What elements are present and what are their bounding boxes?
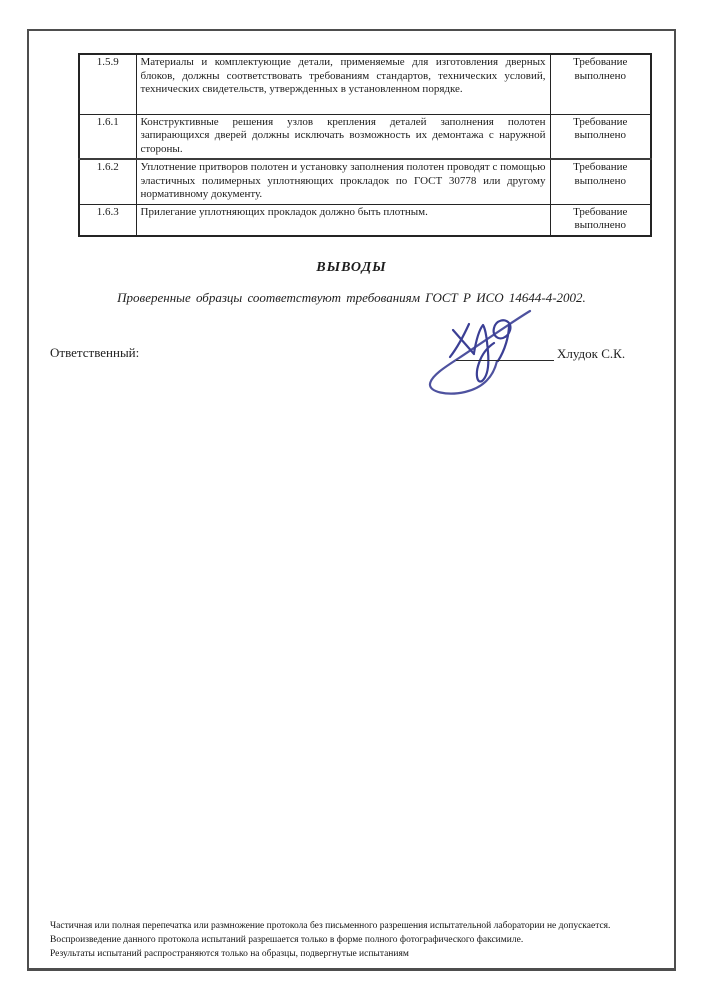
conclusions-heading: ВЫВОДЫ [27, 260, 676, 276]
signature-mid-letters [474, 325, 494, 382]
table-row: 1.6.2 Уплотнение притворов полотен и уст… [79, 159, 651, 204]
row-number-cell: 1.5.9 [79, 54, 136, 114]
signatory-name: Хлудок С.К. [557, 346, 625, 362]
result-cell: Требование выполнено [550, 159, 651, 204]
table-row: 1.6.3 Прилегание уплотняющих прокладок д… [79, 204, 651, 236]
row-number-cell: 1.6.3 [79, 204, 136, 236]
footer-line: Воспроизведение данного протокола испыта… [50, 934, 662, 948]
requirement-cell: Прилегание уплотняющих прокладок должно … [136, 204, 550, 236]
signature-line [456, 360, 554, 361]
signature-ink [423, 308, 541, 398]
result-cell: Требование выполнено [550, 204, 651, 236]
footer-line: Результаты испытаний распространяются то… [50, 948, 662, 962]
table-row: 1.6.1 Конструктивные решения узлов крепл… [79, 114, 651, 159]
footer-line: Частичная или полная перепечатка или раз… [50, 920, 662, 934]
responsible-label: Ответственный: [50, 345, 139, 361]
footer-notes: Частичная или полная перепечатка или раз… [50, 920, 662, 961]
result-cell: Требование выполнено [550, 54, 651, 114]
requirement-cell: Конструктивные решения узлов крепления д… [136, 114, 550, 159]
signature-tail-loop [494, 320, 511, 361]
requirement-cell: Уплотнение притворов полотен и установку… [136, 159, 550, 204]
result-cell: Требование выполнено [550, 114, 651, 159]
requirement-cell: Материалы и комплектующие детали, примен… [136, 54, 550, 114]
requirements-table: 1.5.9 Материалы и комплектующие детали, … [78, 53, 652, 237]
table-row: 1.5.9 Материалы и комплектующие детали, … [79, 54, 651, 114]
row-number-cell: 1.6.1 [79, 114, 136, 159]
conclusions-statement: Проверенные образцы соответствуют требов… [27, 290, 676, 306]
row-number-cell: 1.6.2 [79, 159, 136, 204]
